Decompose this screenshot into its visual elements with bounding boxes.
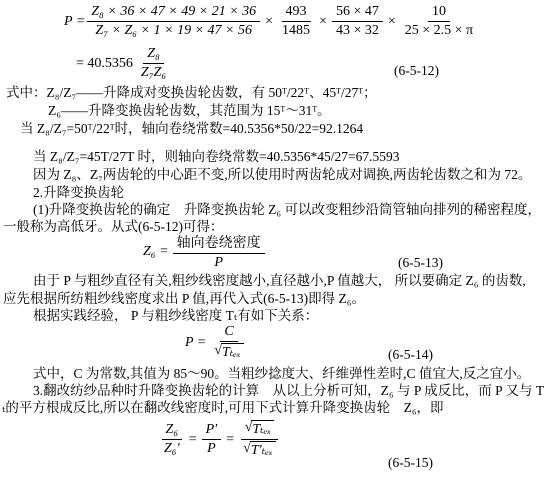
paragraph-line: 应先根据所纺粗纱线密度求出 P 值,再代入式(6-5-13)即得 Z₆。 bbox=[3, 290, 365, 307]
fraction-z8-z7z6: Z₈ Z₇Z₆ bbox=[137, 46, 170, 81]
fraction-10-25: 10 25 × 2.5 × π bbox=[401, 4, 477, 39]
paragraph-line: (1)升降变换齿轮的确定 升降变换齿轮 Z₆ 可以改变粗纱沿筒管轴向排列的稀密程… bbox=[33, 201, 541, 218]
fraction-denominator: 25 × 2.5 × π bbox=[401, 22, 477, 39]
paragraph-line: 当 Z₈/Z₇=50ᵀ/22ᵀ时，轴向卷绕常数=40.5356*50/22=92… bbox=[20, 120, 363, 137]
paragraph-line: 式中，C 为常数,其值为 85～90。当粗纱捻度大、纤维弹性差时,C 值宜大,反… bbox=[33, 365, 530, 382]
document-page: P = Z₈ × 36 × 47 × 49 × 21 × 36 Z₇ × Z₆ … bbox=[0, 0, 555, 482]
formula-lhs: P = bbox=[185, 335, 206, 351]
formula-6-5-12-line1: P = Z₈ × 36 × 47 × 49 × 21 × 36 Z₇ × Z₆ … bbox=[64, 4, 479, 39]
paragraph-line: 由于 P 与粗纱直径有关,粗纱线密度越小,直径越小,P 值越大， 所以要确定 Z… bbox=[33, 272, 526, 289]
fraction-density-over-p: 轴向卷绕密度 P bbox=[173, 232, 265, 271]
equation-label-6-5-13: (6-5-13) bbox=[398, 255, 443, 271]
fraction-numerator: 轴向卷绕密度 bbox=[173, 232, 265, 254]
fraction-numerator: √ Tₜₑₓ bbox=[241, 420, 279, 440]
formula-lhs: P = bbox=[64, 14, 85, 30]
paragraph-line: 式中：Z₈/Z₇——升降成对变换齿轮齿数，有 50ᵀ/22ᵀ、45ᵀ/27ᵀ； bbox=[6, 84, 377, 101]
radicand: Tₜₑₓ bbox=[251, 420, 274, 438]
fraction-gear-train: Z₈ × 36 × 47 × 49 × 21 × 36 Z₇ × Z₆ × 1 … bbox=[87, 4, 260, 39]
fraction-denominator: Z₇Z₆ bbox=[137, 64, 170, 81]
fraction-numerator: C bbox=[220, 324, 237, 342]
fraction-numerator: 56 × 47 bbox=[332, 4, 383, 22]
paragraph-line: ₜ的平方根成反比,所以在翻改线密度时,可用下式计算升降变换齿轮 Z₆，即 bbox=[2, 399, 444, 416]
equation-label-6-5-14: (6-5-14) bbox=[388, 347, 433, 363]
fraction-denominator: 1485 bbox=[278, 22, 314, 39]
fraction-denominator: Z₇ × Z₆ × 1 × 19 × 47 × 56 bbox=[91, 22, 256, 39]
fraction-denominator: √ T′ₜₑₓ bbox=[239, 440, 280, 459]
paragraph-line: 当 Z₈/Z₇=45T/27T 时，则轴向卷绕常数=40.5356*45/27=… bbox=[33, 148, 400, 165]
multiply-sign: × bbox=[262, 14, 276, 30]
paragraph-line: 根据实践经验， P 与粗纱线密度 Tₜ有如下关系： bbox=[33, 307, 318, 324]
formula-lhs: Z₆ = bbox=[143, 244, 169, 260]
fraction-denominator: 43 × 32 bbox=[332, 22, 383, 39]
fraction-c-over-sqrt-tex: C √ Tₜₑₓ bbox=[210, 324, 248, 361]
formula-6-5-14: P = C √ Tₜₑₓ bbox=[185, 324, 250, 361]
fraction-denominator: P bbox=[210, 254, 227, 271]
paragraph-line: 因为 Z₈、Z₇两齿轮的中心距不变,所以使用时两齿轮成对调换,两齿轮齿数之和为 … bbox=[33, 166, 531, 183]
multiply-sign: × bbox=[316, 14, 330, 30]
equation-label-6-5-15: (6-5-15) bbox=[388, 455, 433, 471]
fraction-denominator: P bbox=[203, 440, 220, 457]
fraction-p-ratio: P′ P bbox=[202, 422, 222, 457]
square-root: √ T′ₜₑₓ bbox=[243, 441, 276, 459]
fraction-numerator: P′ bbox=[202, 422, 222, 440]
fraction-sqrt-tex-ratio: √ Tₜₑₓ √ T′ₜₑₓ bbox=[239, 420, 280, 459]
fraction-numerator: Z₈ × 36 × 47 × 49 × 21 × 36 bbox=[87, 4, 260, 22]
equals-sign: = bbox=[186, 432, 200, 448]
fraction-numerator: Z₈ bbox=[143, 46, 164, 64]
fraction-56x47: 56 × 47 43 × 32 bbox=[332, 4, 383, 39]
fraction-numerator: 10 bbox=[428, 4, 450, 22]
fraction-denominator: √ Tₜₑₓ bbox=[210, 342, 248, 361]
paragraph-line: Z₆——升降变换齿轮齿数，其范围为 15ᵀ～31ᵀ。 bbox=[48, 102, 331, 119]
multiply-sign: × bbox=[385, 14, 399, 30]
square-root: √ Tₜₑₓ bbox=[245, 420, 275, 438]
formula-result-constant: = 40.5356 bbox=[76, 56, 133, 72]
fraction-denominator: Z₆′ bbox=[160, 440, 184, 457]
section-heading-2: 2.升降变换齿轮 bbox=[33, 184, 124, 201]
radicand: Tₜₑₓ bbox=[221, 343, 244, 361]
fraction-numerator: Z₆ bbox=[162, 422, 183, 440]
formula-6-5-13: Z₆ = 轴向卷绕密度 P bbox=[143, 232, 267, 271]
section-heading-3: 3.翻改纺纱品种时升降变换齿轮的计算 从以上分析可知，Z₆ 与 P 成反比，而 … bbox=[33, 382, 544, 399]
square-root: √ Tₜₑₓ bbox=[214, 343, 244, 361]
equals-sign: = bbox=[223, 432, 237, 448]
formula-6-5-15: Z₆ Z₆′ = P′ P = √ Tₜₑₓ √ T′ₜₑₓ bbox=[158, 420, 282, 459]
equation-label-6-5-12: (6-5-12) bbox=[394, 63, 439, 79]
radicand: T′ₜₑₓ bbox=[250, 441, 276, 459]
fraction-493-1485: 493 1485 bbox=[278, 4, 314, 39]
formula-6-5-12-line2: = 40.5356 Z₈ Z₇Z₆ bbox=[76, 46, 172, 81]
fraction-numerator: 493 bbox=[282, 4, 311, 22]
fraction-z6-ratio: Z₆ Z₆′ bbox=[160, 422, 184, 457]
